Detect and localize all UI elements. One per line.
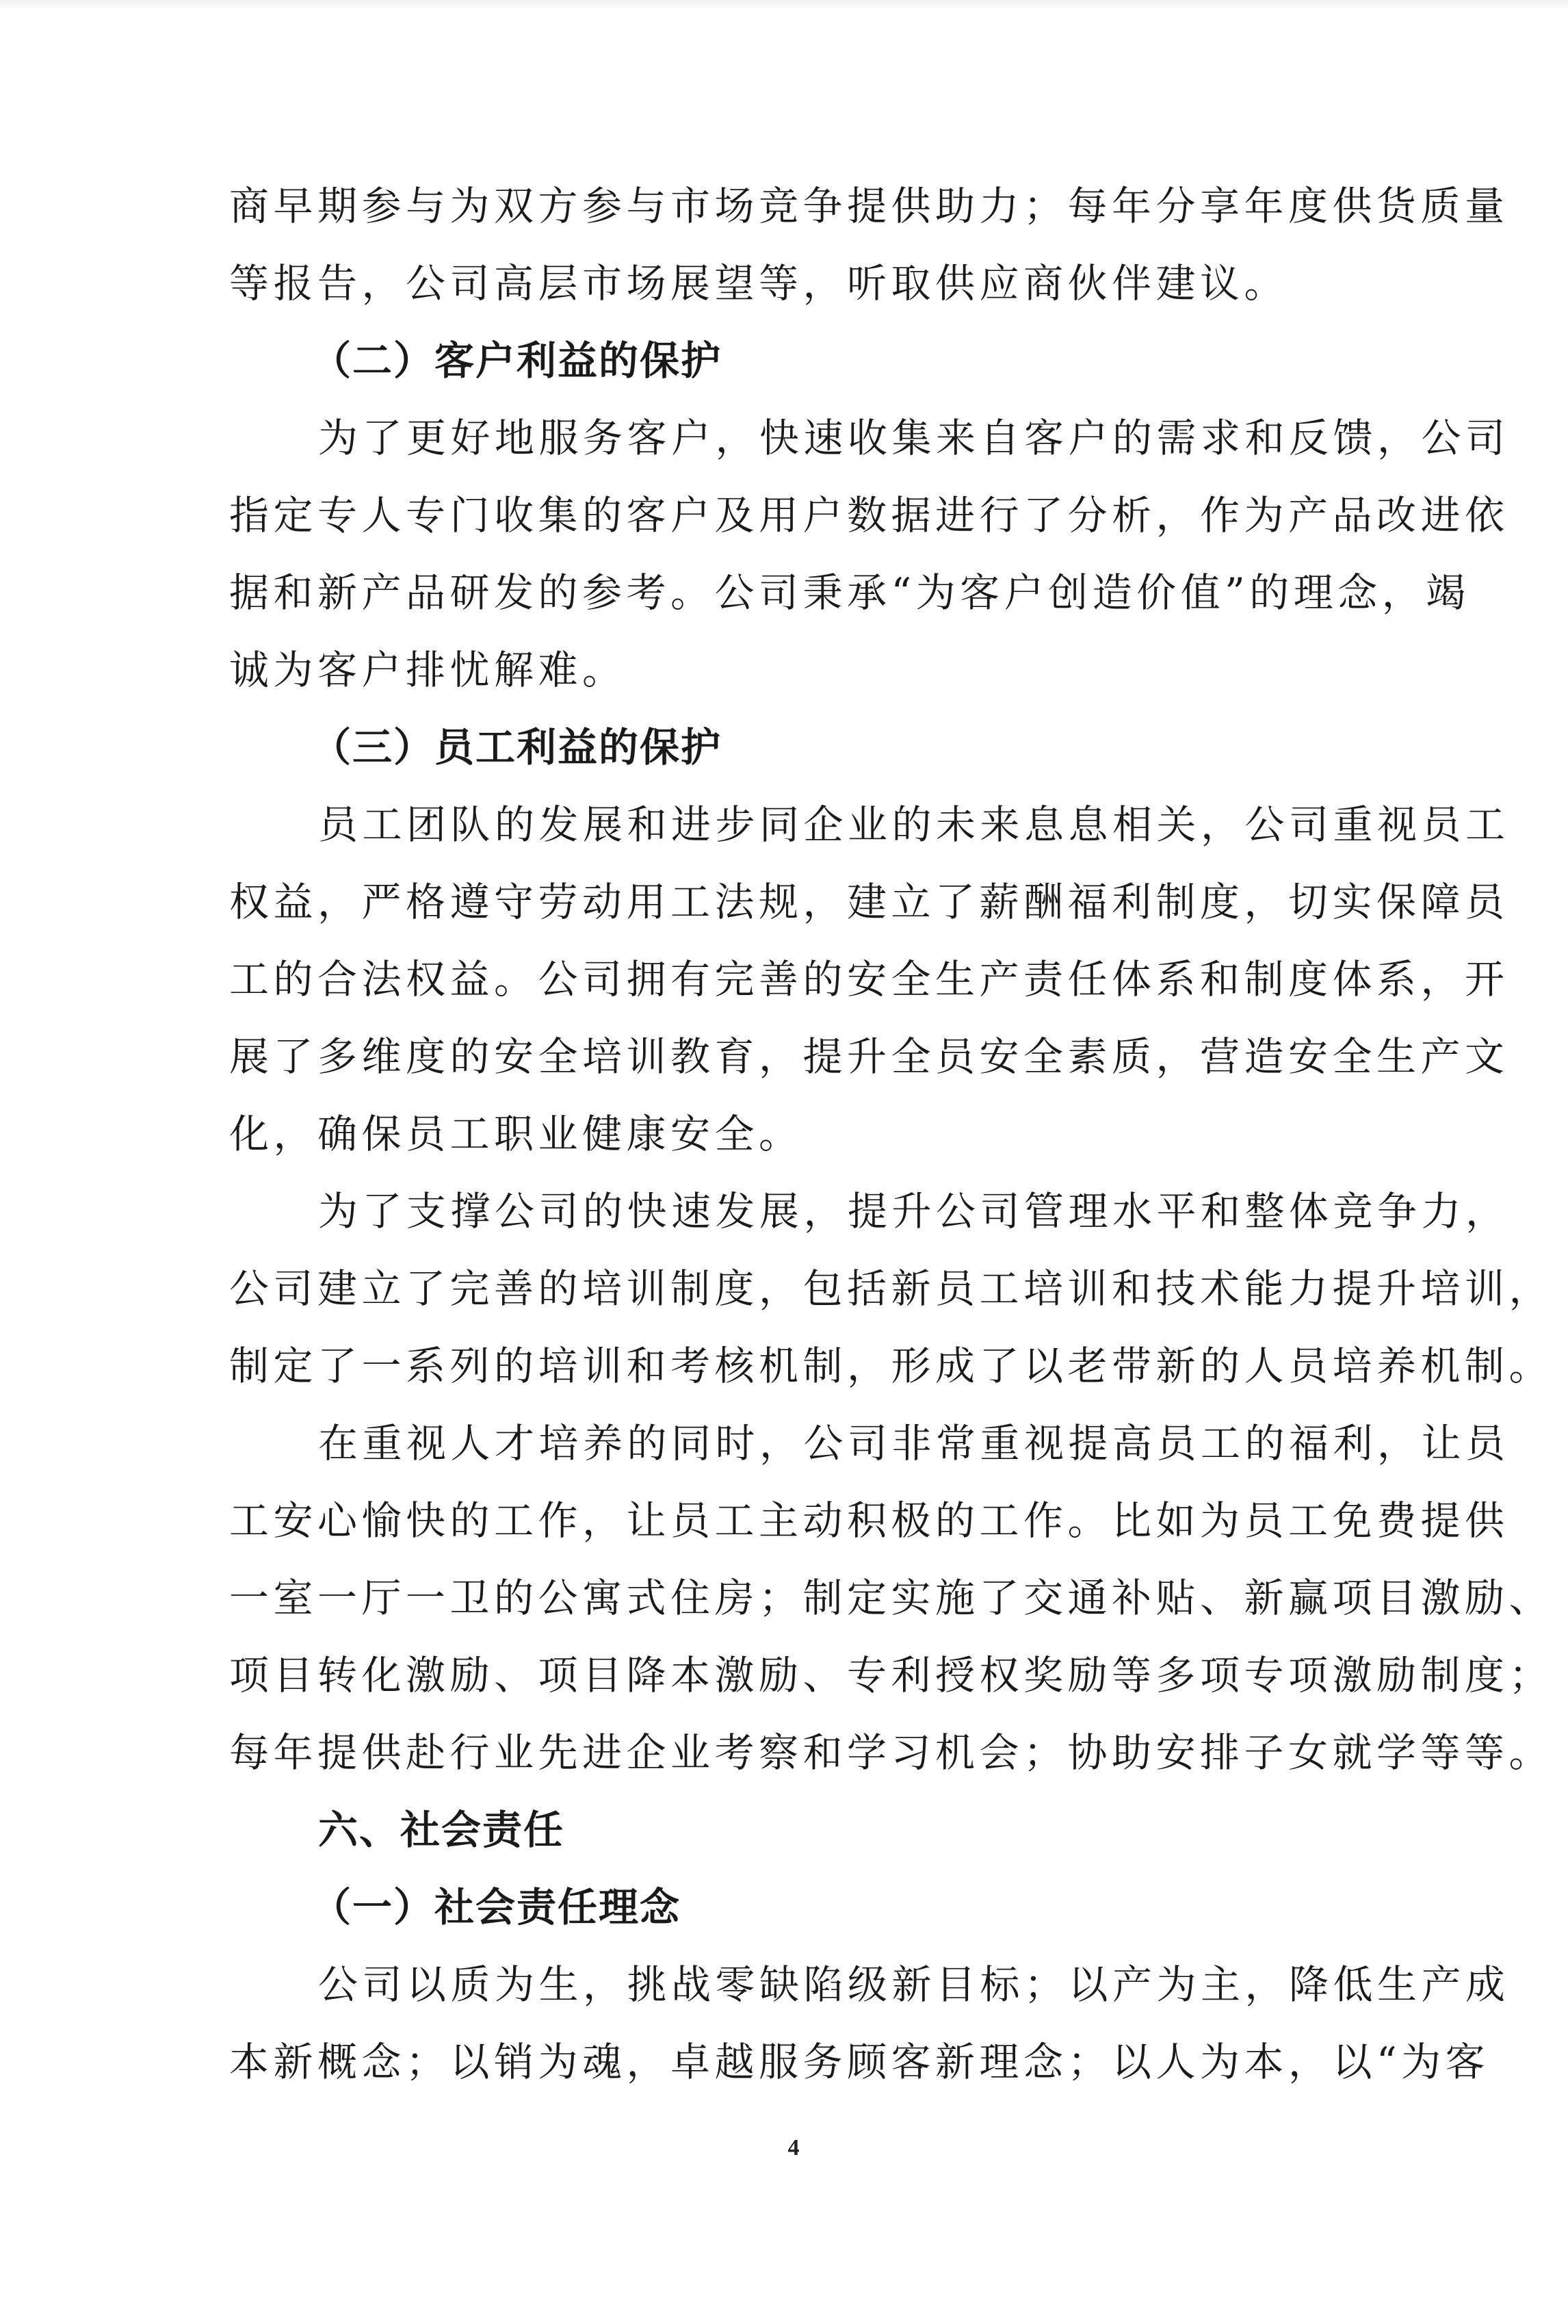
- text-line: 化，确保员工职业健康安全。: [229, 1096, 1344, 1173]
- text-line: 公司以质为生，挑战零缺陷级新目标；以产为主，降低生产成: [229, 1946, 1344, 2024]
- text-line: 工安心愉快的工作，让员工主动积极的工作。比如为员工免费提供: [229, 1482, 1344, 1560]
- text-line: 在重视人才培养的同时，公司非常重视提高员工的福利，让员: [229, 1405, 1344, 1482]
- document-page: 商早期参与为双方参与市场竞争提供助力；每年分享年度供货质量 等报告，公司高层市场…: [229, 168, 1344, 2101]
- paragraph-employee-rights: 员工团队的发展和进步同企业的未来息息相关，公司重视员工 权益，严格遵守劳动用工法…: [229, 786, 1344, 1173]
- text-line: 员工团队的发展和进步同企业的未来息息相关，公司重视员工: [229, 786, 1344, 864]
- subheading-social-responsibility-philosophy: （一）社会责任理念: [229, 1869, 1344, 1946]
- text-line: 项目转化激励、项目降本激励、专利授权奖励等多项专项激励制度；: [229, 1637, 1344, 1714]
- text-line: 为了支撑公司的快速发展，提升公司管理水平和整体竞争力，: [229, 1173, 1344, 1250]
- paragraph-philosophy: 公司以质为生，挑战零缺陷级新目标；以产为主，降低生产成 本新概念；以销为魂，卓越…: [229, 1946, 1344, 2101]
- text-line: 本新概念；以销为魂，卓越服务顾客新理念；以人为本，以“为客: [229, 2024, 1344, 2101]
- text-line: 工的合法权益。公司拥有完善的安全生产责任体系和制度体系，开: [229, 941, 1344, 1018]
- text-line: 每年提供赴行业先进企业考察和学习机会；协助安排子女就学等等。: [229, 1714, 1344, 1792]
- text-line: 等报告，公司高层市场展望等，听取供应商伙伴建议。: [229, 245, 1344, 322]
- text-line: 商早期参与为双方参与市场竞争提供助力；每年分享年度供货质量: [229, 168, 1344, 245]
- subheading-employee-interests: （三）员工利益的保护: [229, 709, 1344, 786]
- text-line: 诚为客户排忧解难。: [229, 632, 1344, 709]
- scan-edge: [0, 0, 1568, 10]
- paragraph-customer-service: 为了更好地服务客户，快速收集来自客户的需求和反馈，公司 指定专人专门收集的客户及…: [229, 400, 1344, 709]
- paragraph-supplier-continuation: 商早期参与为双方参与市场竞争提供助力；每年分享年度供货质量 等报告，公司高层市场…: [229, 168, 1344, 322]
- section-heading-social-responsibility: 六、社会责任: [229, 1792, 1344, 1869]
- text-line: 权益，严格遵守劳动用工法规，建立了薪酬福利制度，切实保障员: [229, 864, 1344, 941]
- paragraph-training: 为了支撑公司的快速发展，提升公司管理水平和整体竞争力， 公司建立了完善的培训制度…: [229, 1173, 1344, 1405]
- text-line: 一室一厅一卫的公寓式住房；制定实施了交通补贴、新赢项目激励、: [229, 1560, 1344, 1637]
- text-line: 为了更好地服务客户，快速收集来自客户的需求和反馈，公司: [229, 400, 1344, 477]
- paragraph-benefits: 在重视人才培养的同时，公司非常重视提高员工的福利，让员 工安心愉快的工作，让员工…: [229, 1405, 1344, 1792]
- page-number: 4: [780, 2135, 807, 2161]
- text-line: 指定专人专门收集的客户及用户数据进行了分析，作为产品改进依: [229, 477, 1344, 554]
- text-line: 据和新产品研发的参考。公司秉承“为客户创造价值”的理念，竭: [229, 554, 1344, 632]
- subheading-customer-interests: （二）客户利益的保护: [229, 322, 1344, 400]
- text-line: 公司建立了完善的培训制度，包括新员工培训和技术能力提升培训，: [229, 1250, 1344, 1328]
- text-line: 展了多维度的安全培训教育，提升全员安全素质，营造安全生产文: [229, 1018, 1344, 1096]
- text-line: 制定了一系列的培训和考核机制，形成了以老带新的人员培养机制。: [229, 1328, 1344, 1405]
